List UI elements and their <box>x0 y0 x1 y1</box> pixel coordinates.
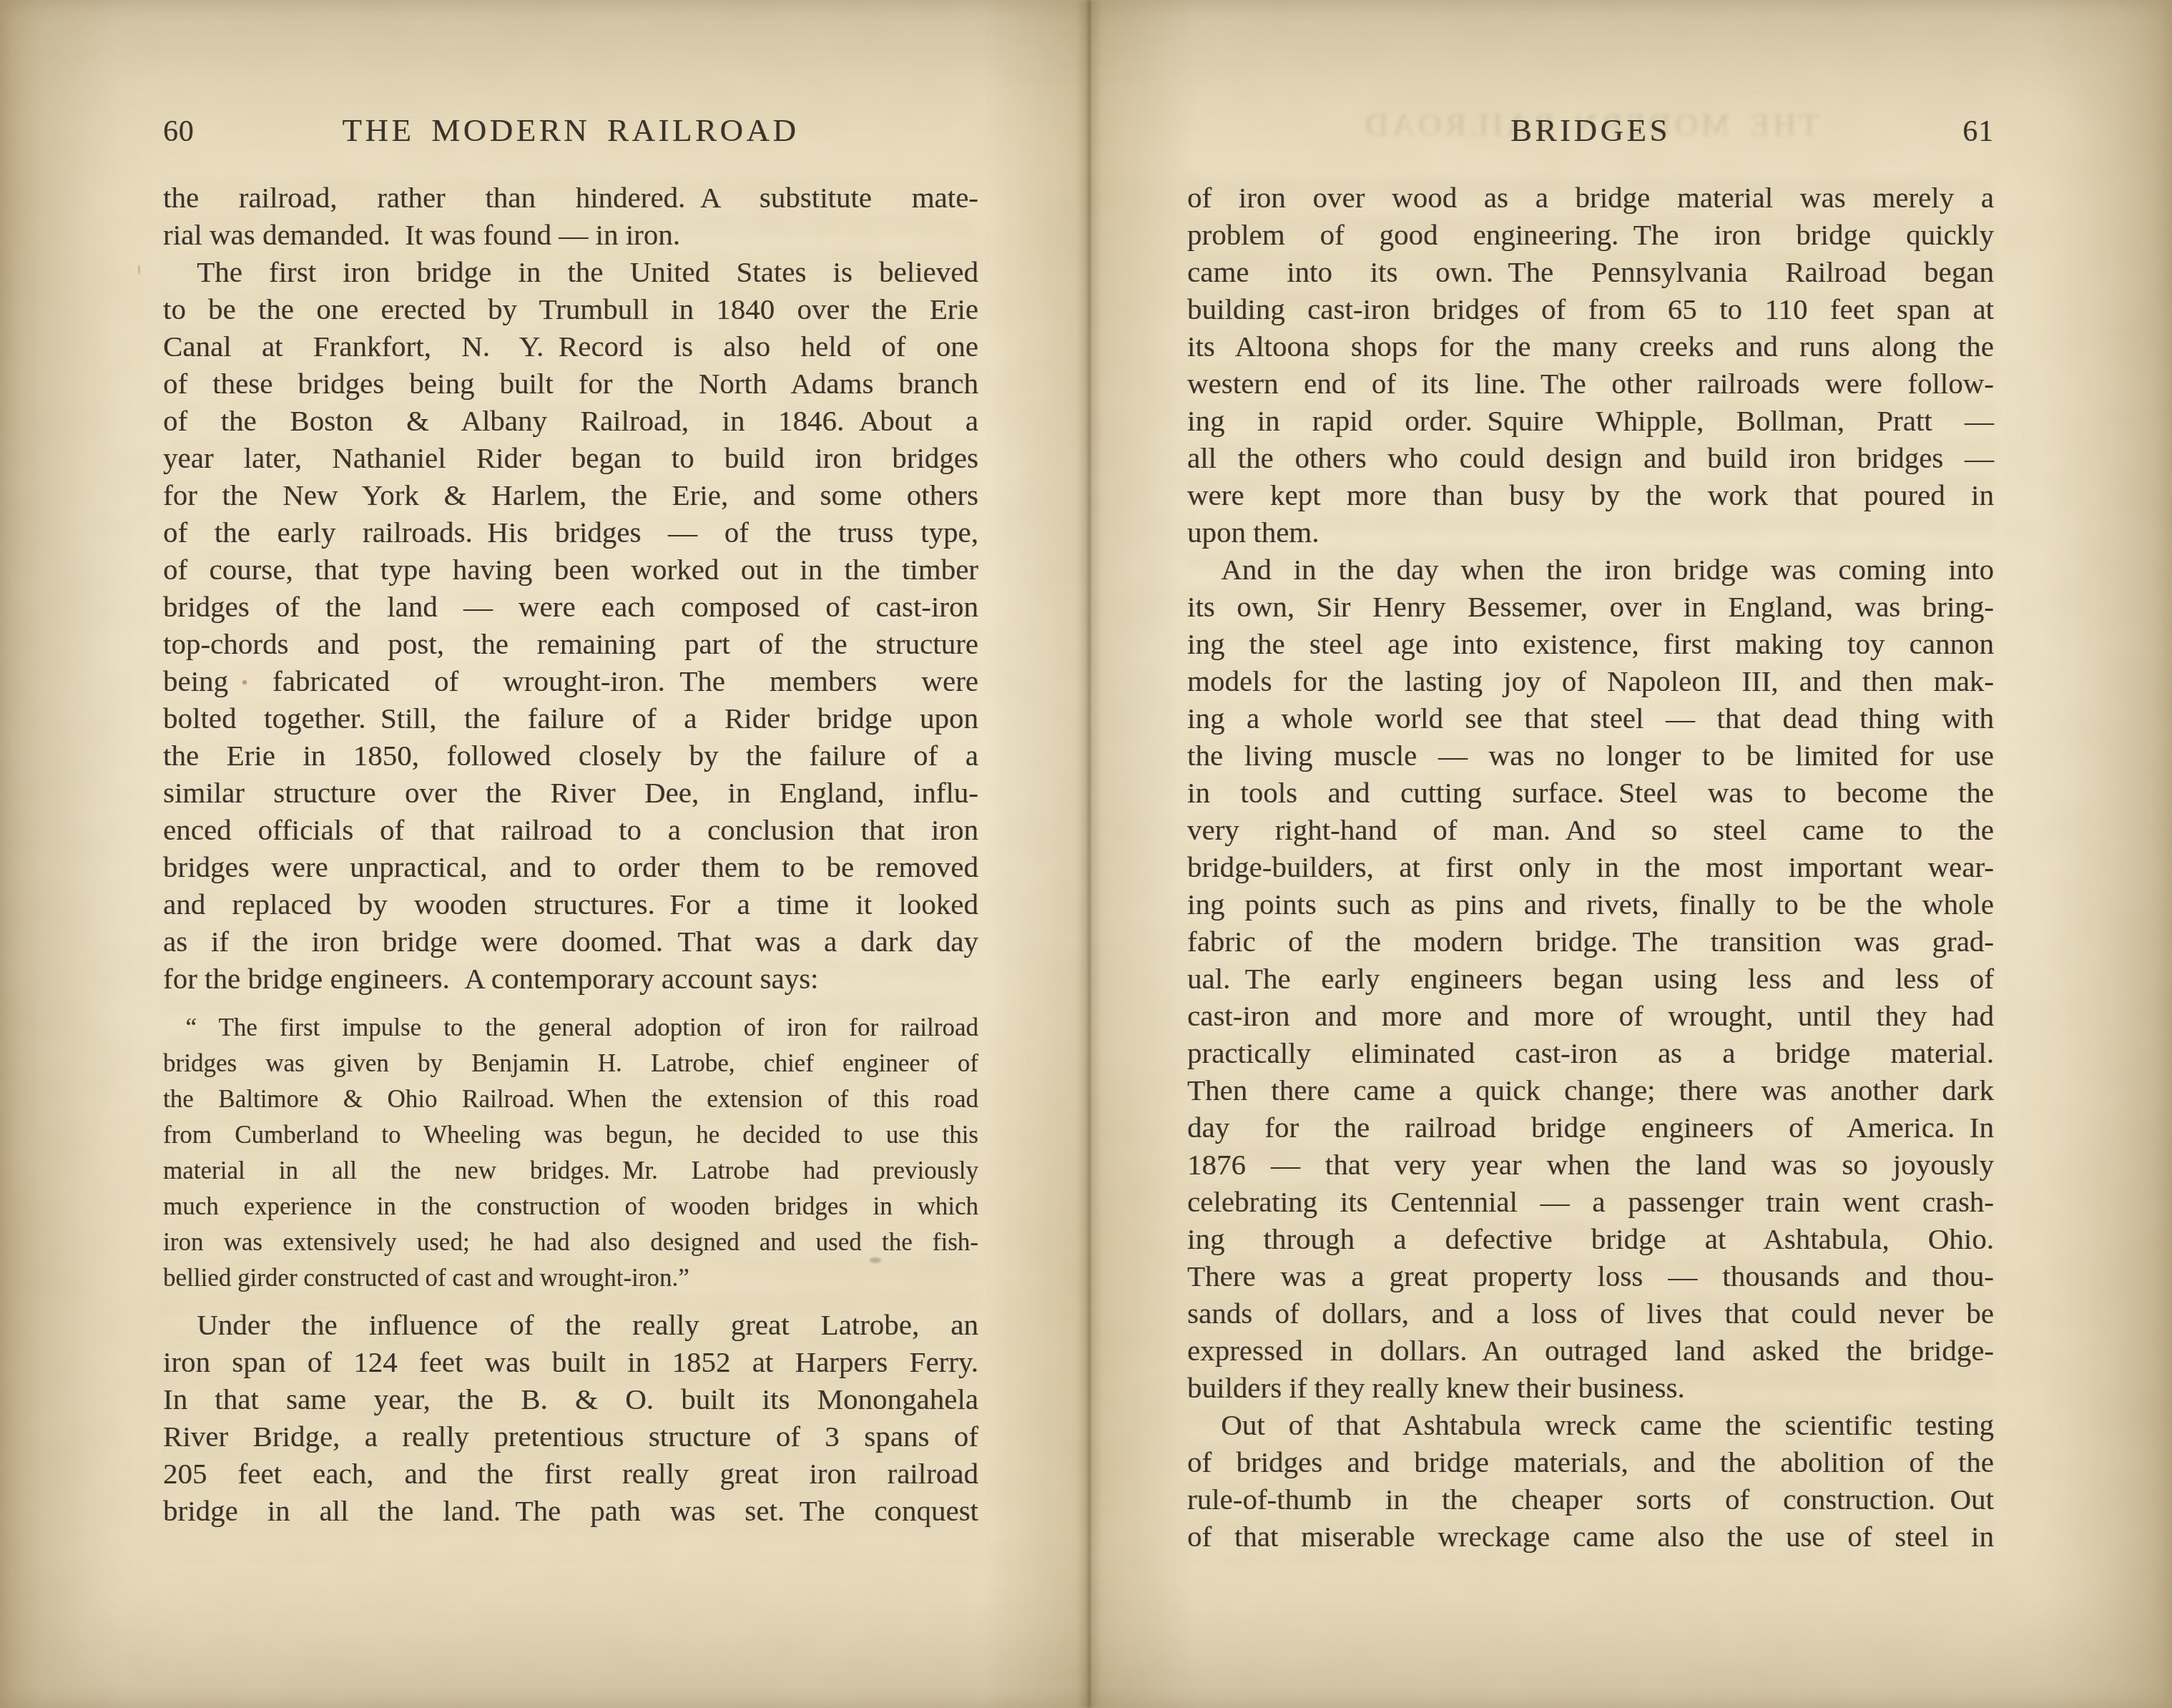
running-title-left: THE MODERN RAILROAD <box>342 112 799 149</box>
text-line: practically eliminated cast-iron as a br… <box>1187 1034 1994 1071</box>
text-line: day for the railroad bridge engineers of… <box>1187 1109 1994 1146</box>
text-line: its Altoona shops for the many creeks an… <box>1187 328 1994 365</box>
text-line: similar structure over the River Dee, in… <box>163 774 978 811</box>
paper-speck <box>242 680 247 684</box>
text-line: problem of good engineering. The iron br… <box>1187 216 1994 253</box>
text-line: Out of that Ashtabula wreck came the sci… <box>1187 1406 1994 1443</box>
text-line: for the bridge engineers. A contemporary… <box>163 960 978 997</box>
text-line: to be the one erected by Trumbull in 184… <box>163 290 978 328</box>
text-line: bridge-builders, at first only in the mo… <box>1187 848 1994 885</box>
text-line: upon them. <box>1187 514 1994 551</box>
text-line: from Cumberland to Wheeling was begun, h… <box>163 1117 978 1153</box>
text-line: for the New York & Harlem, the Erie, and… <box>163 476 978 514</box>
text-line: all the others who could design and buil… <box>1187 439 1994 476</box>
text-line: enced officials of that railroad to a co… <box>163 811 978 848</box>
text-line: the Baltimore & Ohio Railroad. When the … <box>163 1081 978 1117</box>
text-line: ing a whole world see that steel — that … <box>1187 700 1994 737</box>
text-line: bolted together. Still, the failure of a… <box>163 700 978 737</box>
running-head-left: 60 THE MODERN RAILROAD <box>163 112 978 149</box>
text-line: cast-iron and more and more of wrought, … <box>1187 997 1994 1034</box>
text-line: River Bridge, a really pretentious struc… <box>163 1418 978 1455</box>
text-line: of iron over wood as a bridge material w… <box>1187 179 1994 216</box>
text-line: being fabricated of wrought-iron. The me… <box>163 662 978 700</box>
paper-speck <box>138 265 140 275</box>
text-line: came into its own. The Pennsylvania Rail… <box>1187 253 1994 290</box>
text-line: rule-of-thumb in the cheaper sorts of co… <box>1187 1481 1994 1518</box>
text-line: very right-hand of man. And so steel cam… <box>1187 811 1994 848</box>
paragraph: And in the day when the iron bridge was … <box>1187 551 1994 1406</box>
text-line: building cast-iron bridges of from 65 to… <box>1187 290 1994 328</box>
text-line: material in all the new bridges. Mr. Lat… <box>163 1153 978 1189</box>
text-line: Then there came a quick change; there wa… <box>1187 1071 1994 1109</box>
text-line: bridges of the land — were each composed… <box>163 588 978 625</box>
folio-right: 61 <box>1962 113 1994 150</box>
text-line: in tools and cutting surface. Steel was … <box>1187 774 1994 811</box>
text-line: iron span of 124 feet was built in 1852 … <box>163 1343 978 1380</box>
text-line: builders if they really knew their busin… <box>1187 1369 1994 1406</box>
text-line: rial was demanded. It was found — in iro… <box>163 216 978 253</box>
text-line: Under the influence of the really great … <box>163 1306 978 1343</box>
text-line: of that miserable wreckage came also the… <box>1187 1518 1994 1555</box>
text-line: of bridges and bridge materials, and the… <box>1187 1443 1994 1481</box>
text-line: iron was extensively used; he had also d… <box>163 1224 978 1260</box>
text-line: In that same year, the B. & O. built its… <box>163 1380 978 1418</box>
text-line: 205 feet each, and the first really grea… <box>163 1455 978 1492</box>
paragraph: Out of that Ashtabula wreck came the sci… <box>1187 1406 1994 1555</box>
page-left: 60 THE MODERN RAILROAD the railroad, rat… <box>0 0 1089 1708</box>
text-line: models for the lasting joy of Napoleon I… <box>1187 662 1994 700</box>
text-line: and replaced by wooden structures. For a… <box>163 885 978 923</box>
paragraph: Under the influence of the really great … <box>163 1306 978 1529</box>
text-line: were kept more than busy by the work tha… <box>1187 476 1994 514</box>
text-line: And in the day when the iron bridge was … <box>1187 551 1994 588</box>
text-line: the Erie in 1850, followed closely by th… <box>163 737 978 774</box>
text-line: of the Boston & Albany Railroad, in 1846… <box>163 402 978 439</box>
text-line: the railroad, rather than hindered. A su… <box>163 179 978 216</box>
text-line: bridges were unpractical, and to order t… <box>163 848 978 885</box>
text-line: ing through a defective bridge at Ashtab… <box>1187 1220 1994 1257</box>
text-line: fabric of the modern bridge. The transit… <box>1187 923 1994 960</box>
text-line: bridge in all the land. The path was set… <box>163 1492 978 1529</box>
gutter-crease <box>1077 0 1101 1708</box>
running-title-right: BRIDGES <box>1510 112 1671 149</box>
text-line: the living muscle — was no longer to be … <box>1187 737 1994 774</box>
folio-left: 60 <box>163 113 195 150</box>
text-line: of course, that type having been worked … <box>163 551 978 588</box>
text-line: western end of its line. The other railr… <box>1187 365 1994 402</box>
text-line: sands of dollars, and a loss of lives th… <box>1187 1295 1994 1332</box>
text-line: ing in rapid order. Squire Whipple, Boll… <box>1187 402 1994 439</box>
text-line: ual. The early engineers began using les… <box>1187 960 1994 997</box>
paragraph: The first iron bridge in the United Stat… <box>163 253 978 997</box>
text-line: as if the iron bridge were doomed. That … <box>163 923 978 960</box>
text-line: of these bridges being built for the Nor… <box>163 365 978 402</box>
text-line: Canal at Frankfort, N. Y. Record is also… <box>163 328 978 365</box>
running-head-right: BRIDGES 61 <box>1187 112 1994 149</box>
text-line: There was a great property loss — thousa… <box>1187 1257 1994 1295</box>
text-line: bellied girder constructed of cast and w… <box>163 1260 978 1296</box>
text-line: year later, Nathaniel Rider began to bui… <box>163 439 978 476</box>
paper-speck <box>870 1257 881 1263</box>
text-line: of the early railroads. His bridges — of… <box>163 514 978 551</box>
text-line: top-chords and post, the remaining part … <box>163 625 978 662</box>
text-block-left: the railroad, rather than hindered. A su… <box>163 179 978 1529</box>
text-line: 1876 — that very year when the land was … <box>1187 1146 1994 1183</box>
block-quote: “ The first impulse to the general adopt… <box>163 1010 978 1296</box>
page-right: THE MODERN RAILROAD BRIDGES 61 of iron o… <box>1089 0 2172 1708</box>
paragraph: of iron over wood as a bridge material w… <box>1187 179 1994 551</box>
text-line: “ The first impulse to the general adopt… <box>163 1010 978 1046</box>
text-block-right: of iron over wood as a bridge material w… <box>1187 179 1994 1555</box>
text-line: ing the steel age into existence, first … <box>1187 625 1994 662</box>
text-line: expressed in dollars. An outraged land a… <box>1187 1332 1994 1369</box>
text-line: bridges was given by Benjamin H. Latrobe… <box>163 1046 978 1081</box>
text-line: much experience in the construction of w… <box>163 1189 978 1224</box>
text-line: its own, Sir Henry Bessemer, over in Eng… <box>1187 588 1994 625</box>
text-line: The first iron bridge in the United Stat… <box>163 253 978 290</box>
paragraph: the railroad, rather than hindered. A su… <box>163 179 978 253</box>
text-line: ing points such as pins and rivets, fina… <box>1187 885 1994 923</box>
text-line: celebrating its Centennial — a passenger… <box>1187 1183 1994 1220</box>
book-spread: 60 THE MODERN RAILROAD the railroad, rat… <box>0 0 2172 1708</box>
